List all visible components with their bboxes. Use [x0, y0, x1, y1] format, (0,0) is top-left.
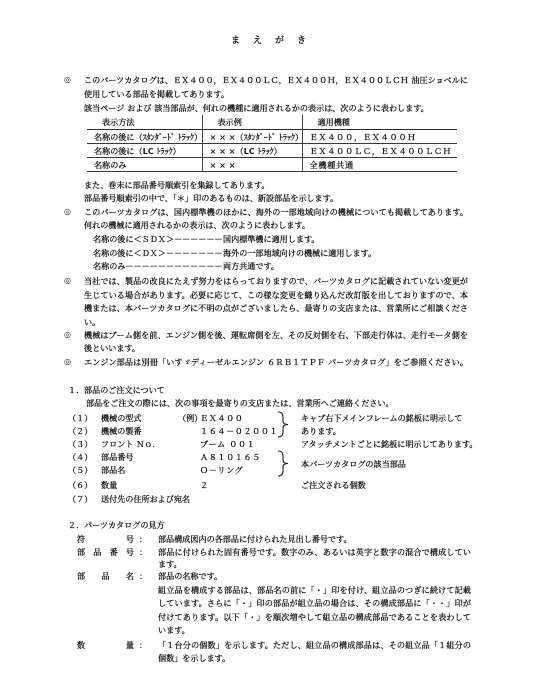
document-page: まえがき ◎ このパーツカタログは、ＥＸ４００，ＥＸ４００ＬＣ，ＥＸ４００Ｈ，Ｅ… — [0, 0, 541, 700]
legend-row-common: 名称のみ－－－－－－－－－－－－－両方共通です。 — [93, 261, 279, 271]
table-cell: 名称の後に（LC ﾄﾗｯｸ） — [87, 144, 202, 158]
paragraph-line: い。 — [84, 317, 100, 327]
paragraph-line: このパーツカタログは、国内標準機のほかに、海外の一部地域向けの機械についても掲載… — [84, 207, 468, 217]
term-description-line: ます。 — [158, 559, 182, 569]
section-heading: 部品のご注文について — [84, 385, 165, 395]
term-description-line: 部品構成図内の各部品に付けられた見出し番号です。 — [158, 534, 352, 544]
table-cell: × × ×（LC ﾄﾗｯｸ） — [202, 144, 302, 158]
paragraph-line: 後といいます。 — [84, 343, 140, 353]
table-row: 名称の後に（ｽﾀﾝﾀﾞｰﾄﾞ ﾄﾗｯｸ） × × ×（ｽﾀﾝﾀﾞｰﾄﾞ ﾄﾗｯｸ… — [87, 130, 457, 144]
example-marker: （例） — [178, 413, 202, 423]
paragraph-line: 該当ページ および 該当部品が、何れの機種に適用されるかの表示は、次のように表わ… — [84, 103, 429, 113]
paragraph-line: このパーツカタログは、ＥＸ４００，ＥＸ４００ＬＣ，ＥＸ４００Ｈ，ＥＸ４００ＬＣＨ… — [84, 75, 468, 85]
term-char: 符 — [77, 534, 85, 544]
item-value: Ｏ－リング — [200, 465, 243, 475]
order-item-row: （６） 数量 ２ — [0, 480, 541, 490]
double-circle-bullet-icon: ◎ — [64, 357, 71, 367]
term-colon: ： — [139, 640, 147, 650]
paragraph-line: 部品をご注文の際には、次の事項を最寄りの支店または、営業所へご連絡ください。 — [86, 398, 394, 408]
paragraph-line: 部品番号順索引の中で、「＊」印のあるものは、新設部品を示します。 — [84, 193, 338, 203]
item-label: 送付先の住所および宛名 — [101, 494, 190, 504]
item-label: 数量 — [101, 480, 117, 490]
item-label: 部品名 — [101, 465, 125, 475]
table-header-row: 表示方法 表示例 適用機種 — [87, 115, 457, 130]
item-value: １６４－０２００１ — [200, 426, 278, 436]
item-number: （１） — [68, 413, 92, 423]
term-label-quantity: 数 量 — [77, 640, 134, 650]
order-item-row: （５） 部品名 Ｏ－リング — [0, 465, 541, 475]
column-header-example: 表示例 — [202, 115, 302, 130]
term-char: 部 — [77, 547, 85, 557]
table-cell: 名称の後に（ｽﾀﾝﾀﾞｰﾄﾞ ﾄﾗｯｸ） — [87, 130, 202, 144]
table-cell: ＥＸ４００，ＥＸ４００Ｈ — [302, 130, 457, 144]
term-colon: ： — [139, 571, 147, 581]
item-value: ブーム ００１ — [200, 439, 255, 449]
item-number: （６） — [68, 480, 92, 490]
item-number: （２） — [68, 426, 92, 436]
term-colon: ： — [139, 534, 147, 544]
table-cell: ＥＸ４００ＬＣ，ＥＸ４００ＬＣＨ — [302, 144, 457, 158]
term-char: 品 — [93, 547, 101, 557]
section-number: ２． — [68, 520, 84, 530]
term-description-line: 個数」を示します。 — [158, 653, 230, 663]
order-item-row: （７） 送付先の住所および宛名 — [0, 494, 541, 504]
item-number: （３） — [68, 439, 92, 449]
table-row: 名称の後に（LC ﾄﾗｯｸ） × × ×（LC ﾄﾗｯｸ） ＥＸ４００ＬＣ，ＥＸ… — [87, 144, 457, 158]
paragraph-line: 機または、本パーツカタログに不明の点がございましたら、最寄りの支店または、営業所… — [84, 303, 468, 313]
item-number: （７） — [68, 494, 92, 504]
term-char: 数 — [77, 640, 85, 650]
term-description-line: 「１台分の個数」を示します。ただし、組立品の構成部品は、その組立品「１組分の — [158, 640, 471, 650]
legend-row-sdx: 名称の後に＜ＳＤＸ＞－－－－－－－国内標準機に適用します。 — [93, 234, 319, 244]
term-char: 番 — [110, 547, 118, 557]
item-value: ２ — [200, 480, 209, 490]
term-char: 号 — [126, 534, 134, 544]
order-note: 本パーツカタログの該当部品 — [301, 459, 406, 469]
paragraph-line: エンジン部品は別冊「いすゞディーゼルエンジン ６ＲＢ１ＴＰＦ パーツカタログ」を… — [84, 357, 468, 367]
order-item-row: （２） 機械の製番 １６４－０２００１ — [0, 426, 541, 436]
double-circle-bullet-icon: ◎ — [64, 207, 71, 217]
paragraph-line: 何れの機械に適用されるかの表示は、次のように表わします。 — [84, 220, 310, 230]
page-title: まえがき — [231, 35, 319, 47]
table-cell: 名称のみ — [87, 158, 202, 172]
table-cell: × × ×（ｽﾀﾝﾀﾞｰﾄﾞ ﾄﾗｯｸ） — [202, 130, 302, 144]
order-item-row: （４） 部品番号 Ａ８１０１６５ — [0, 452, 541, 462]
term-description-line: しています。さらに「・」印の部品が組立品の場合は、その構成部品に「・・」印が — [158, 598, 471, 608]
legend-meaning: 両方共通です。 — [223, 261, 279, 271]
item-number: （４） — [68, 452, 92, 462]
leader-dashes: －－－－－－－ — [174, 234, 223, 244]
order-note: キャブ右下メインフレームの銘板に明示して — [301, 413, 462, 423]
table-row: 名称のみ × × × 全機種共通 — [87, 158, 457, 172]
legend-marker: 名称の後に＜ＤＸ＞ — [93, 248, 166, 258]
legend-marker: 名称のみ — [93, 261, 125, 271]
legend-meaning: 国内標準機に適用します。 — [223, 234, 319, 244]
double-circle-bullet-icon: ◎ — [64, 276, 71, 286]
item-value: Ａ８１０１６５ — [200, 452, 261, 462]
item-label: 部品番号 — [101, 452, 133, 462]
term-colon: ： — [139, 547, 147, 557]
term-description-line: 付けてあります。以下「・」を順次増やして組立品の構成部品であることを表わして — [158, 612, 471, 622]
term-description-line: 組立品を構成する部品は、部品名の前に「・」印を付け、組立品のつぎに続けて記載 — [158, 585, 471, 595]
term-description-line: います。 — [158, 625, 190, 635]
term-char: 名 — [126, 571, 134, 581]
paragraph-line: 当社では、製品の改良にたえず努力をはらっておりますので、パーツカタログに記載され… — [84, 276, 468, 286]
right-brace-icon — [277, 411, 290, 439]
section-heading: パーツカタログの見方 — [84, 520, 165, 530]
order-note: アタッチメントごとに銘板に明示してあります。 — [301, 439, 478, 449]
term-description-line: 部品の名称です。 — [158, 571, 222, 581]
section-number: １． — [68, 385, 84, 395]
column-header-applicable-models: 適用機種 — [302, 115, 457, 130]
term-description-line: 部品に付けられた固有番号です。数字のみ、あるいは英字と数字の混合で構成してい — [158, 547, 471, 557]
term-char: 号 — [126, 547, 134, 557]
order-note: あります。 — [301, 426, 341, 436]
item-value: ＥＸ４００ — [200, 413, 243, 423]
order-note: ご注文される個数 — [301, 480, 366, 490]
term-label-part-number: 部 品 番 号 — [77, 547, 134, 557]
leader-dashes: －－－－－－－－－ — [166, 248, 223, 258]
right-brace-icon — [277, 450, 290, 478]
term-char: 品 — [101, 571, 109, 581]
term-char: 量 — [126, 640, 134, 650]
double-circle-bullet-icon: ◎ — [64, 75, 71, 85]
table-cell: 全機種共通 — [302, 158, 457, 172]
leader-dashes: －－－－－－－－－－－－－ — [125, 261, 223, 271]
paragraph-line: 使用している部品を掲載してあります。 — [84, 89, 229, 99]
column-header-display-method: 表示方法 — [87, 115, 202, 130]
paragraph-line: また、巻末に部品番号順索引を集録してあります。 — [84, 180, 270, 190]
item-label: フロント Ｎｏ． — [101, 439, 160, 449]
term-label-part-name: 部 品 名 — [77, 571, 134, 581]
item-number: （５） — [68, 465, 92, 475]
paragraph-line: 生じている場合があります。必要に応じて、この様な変更を織り込んだ改訂版を出してお… — [84, 290, 468, 300]
model-applicability-table: 表示方法 表示例 適用機種 名称の後に（ｽﾀﾝﾀﾞｰﾄﾞ ﾄﾗｯｸ） × × ×… — [87, 115, 457, 172]
double-circle-bullet-icon: ◎ — [64, 330, 71, 340]
item-label: 機械の製番 — [101, 426, 141, 436]
term-char: 部 — [77, 571, 85, 581]
legend-marker: 名称の後に＜ＳＤＸ＞ — [93, 234, 174, 244]
term-label-ref-number: 符 号 — [77, 534, 134, 544]
legend-meaning: 海外の一部地域向けの機械に適用します。 — [223, 248, 376, 258]
legend-row-dx: 名称の後に＜ＤＸ＞－－－－－－－－－海外の一部地域向けの機械に適用します。 — [93, 248, 376, 258]
item-label: 機械の型式 — [101, 413, 141, 423]
table-cell: × × × — [202, 158, 302, 172]
paragraph-line: 機械はブーム側を前、エンジン側を後、運転席側を左、その反対側を右、下部走行体は、… — [84, 330, 468, 340]
